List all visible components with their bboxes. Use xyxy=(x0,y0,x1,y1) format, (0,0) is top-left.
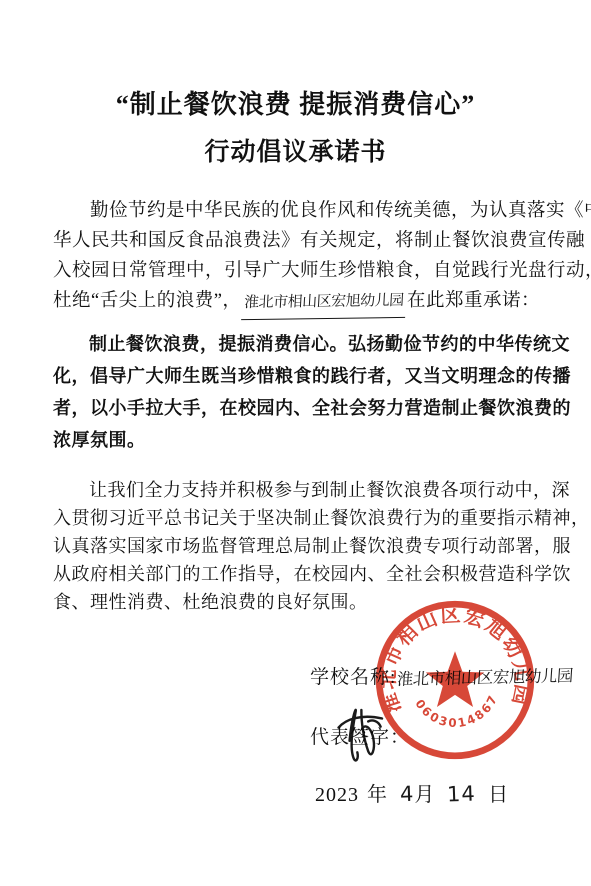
paragraph-3-line: 入贯彻习近平总书记关于坚决制止餐饮浪费行为的重要指示精神， xyxy=(53,504,540,532)
official-seal: 淮北市相山区宏旭幼儿园 06030148673 xyxy=(373,598,537,762)
seal-star-icon xyxy=(426,651,484,707)
paragraph-3-line: 从政府相关部门的工作指导，在校园内、全社会积极营造科学饮 xyxy=(53,560,540,588)
paragraph-2-line: 制止餐饮浪费，提振消费信心。弘扬勤俭节约的中华传统文 xyxy=(53,328,540,360)
paragraph-1-line: 入校园日常管理中，引导广大师生珍惜粮食，自觉践行光盘行动， xyxy=(53,256,540,286)
paragraph-1-last-line: 杜绝“舌尖上的浪费”， 淮北市相山区宏旭幼儿园 在此郑重承诺： xyxy=(53,286,540,319)
date-row: 2023 年 4 月 14 日 xyxy=(315,778,509,807)
paragraph-3: 让我们全力支持并积极参与到制止餐饮浪费各项行动中，深 入贯彻习近平总书记关于坚决… xyxy=(53,476,540,616)
scanned-document-page: “制止餐饮浪费 提振消费信心” 行动倡议承诺书 勤俭节约是中华民族的优良作风和传… xyxy=(0,0,591,886)
paragraph-1-line: 勤俭节约是中华民族的优良作风和传统美德，为认真落实《中 xyxy=(53,196,540,226)
paragraph-2-line: 浓厚氛围。 xyxy=(53,424,540,456)
paragraph-3-line: 让我们全力支持并积极参与到制止餐饮浪费各项行动中，深 xyxy=(53,476,540,504)
paragraph-1-line: 华人民共和国反食品浪费法》有关规定，将制止餐饮浪费宣传融 xyxy=(53,226,540,256)
date-month-unit: 月 xyxy=(414,778,435,807)
paragraph-2-line: 化，倡导广大师生既当珍惜粮食的践行者，又当文明理念的传播 xyxy=(53,360,540,392)
paragraph-1-last-line-suffix: 在此郑重承诺： xyxy=(407,286,540,316)
handwritten-school-name-blank: 淮北市相山区宏旭幼儿园 xyxy=(242,286,407,320)
paragraph-2-line: 者，以小手拉大手，在校园内、全社会努力营造制止餐饮浪费的 xyxy=(53,392,540,424)
paragraph-1-last-line-prefix: 杜绝“舌尖上的浪费”， xyxy=(53,286,241,316)
paragraph-2-bold: 制止餐饮浪费，提振消费信心。弘扬勤俭节约的中华传统文 化，倡导广大师生既当珍惜粮… xyxy=(53,328,540,456)
date-month-handwritten: 4 xyxy=(400,782,415,806)
date-year-unit: 年 xyxy=(367,778,388,807)
date-day-unit: 日 xyxy=(488,778,509,807)
date-year: 2023 xyxy=(315,784,359,807)
signature-scribble xyxy=(333,700,389,766)
document-title: “制止餐饮浪费 提振消费信心” xyxy=(0,84,591,121)
paragraph-3-line: 认真落实国家市场监督管理总局制止餐饮浪费专项行动部署，服 xyxy=(53,532,540,560)
document-subtitle: 行动倡议承诺书 xyxy=(0,132,591,168)
paragraph-1: 勤俭节约是中华民族的优良作风和传统美德，为认真落实《中 华人民共和国反食品浪费法… xyxy=(53,196,540,319)
date-day-handwritten: 14 xyxy=(447,782,477,807)
